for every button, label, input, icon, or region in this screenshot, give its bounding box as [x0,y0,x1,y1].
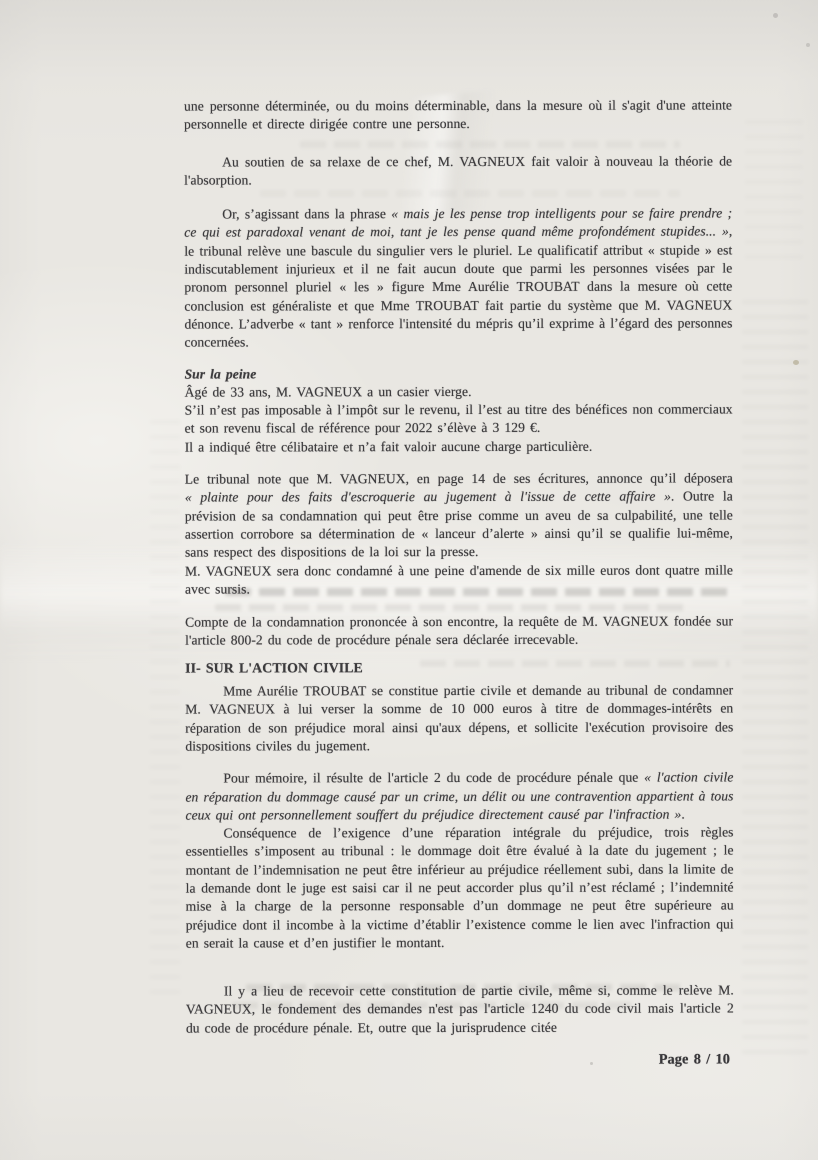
scan-speck [773,13,778,18]
body-text: Au soutien de sa relaxe de ce chef, M. V… [184,153,732,187]
scan-speck [793,360,799,365]
page-number: Page 8 / 10 [186,1050,734,1069]
body-text: M. VAGNEUX sera donc condamné à une pein… [185,562,733,596]
para-article-2-cpp: Pour mémoire, il résulte de l'article 2 … [185,769,733,825]
para-analyse-phrase: Or, s’agissant dans la phrase « mais je … [184,205,732,353]
body-text: Mme Aurélie TROUBAT se constitue partie … [185,682,733,753]
body-text: Or, s’agissant dans la phrase [222,206,391,221]
document-paragraphs: une personne déterminée, ou du moins dét… [184,96,734,1037]
body-text: . [681,806,684,821]
body-text: S’il n’est pas imposable à l’impôt sur l… [185,402,733,436]
bleedthrough-margin-column [150,420,180,1000]
bleedthrough-margin-column [745,120,803,270]
body-text: une personne déterminée, ou du moins dét… [184,97,732,131]
body-text: , le tribunal relève une bascule du sing… [184,224,732,350]
para-constitution-partie-civile: Mme Aurélie TROUBAT se constitue partie … [185,681,733,755]
scanned-document-page: une personne déterminée, ou du moins dét… [0,0,818,1160]
quoted-italic-text: « plainte pour des faits d'escroquerie a… [185,489,671,505]
para-continuation: une personne déterminée, ou du moins dét… [184,96,732,134]
bleedthrough-margin-column [742,300,808,1060]
para-requete-irrecevable: Compte de la condamnation prononcée à so… [185,613,733,651]
body-text: Pour mémoire, il résulte de l'article 2 … [223,770,644,786]
body-text: Âgé de 33 ans, M. VAGNEUX a un casier vi… [185,384,472,400]
document-body: une personne déterminée, ou du moins dét… [184,96,734,1070]
para-tribunal-note: Le tribunal note que M. VAGNEUX, en page… [185,469,733,598]
body-text: Conséquence de l’exigence d’une réparati… [186,825,734,951]
body-text: Le tribunal note que M. VAGNEUX, en page… [185,470,733,486]
body-text: Il y a lieu de recevoir cette constituti… [186,983,734,1036]
heading-sur-la-peine: Sur la peine [185,364,733,383]
body-text: Sur la peine [185,366,257,381]
body-text: II- SUR L'ACTION CIVILE [185,661,363,676]
body-text: Il a indiqué être célibataire et n’a fai… [185,438,593,454]
heading-action-civile: II- SUR L'ACTION CIVILE [185,659,733,678]
para-situation-personnelle: Âgé de 33 ans, M. VAGNEUX a un casier vi… [185,382,733,456]
body-text: Compte de la condamnation prononcée à so… [185,614,733,648]
para-trois-regles: Conséquence de l’exigence d’une réparati… [186,824,734,953]
scan-speck [806,43,810,47]
para-theorie-absorption: Au soutien de sa relaxe de ce chef, M. V… [184,152,732,190]
para-recevoir-constitution: Il y a lieu de recevoir cette constituti… [186,982,734,1038]
